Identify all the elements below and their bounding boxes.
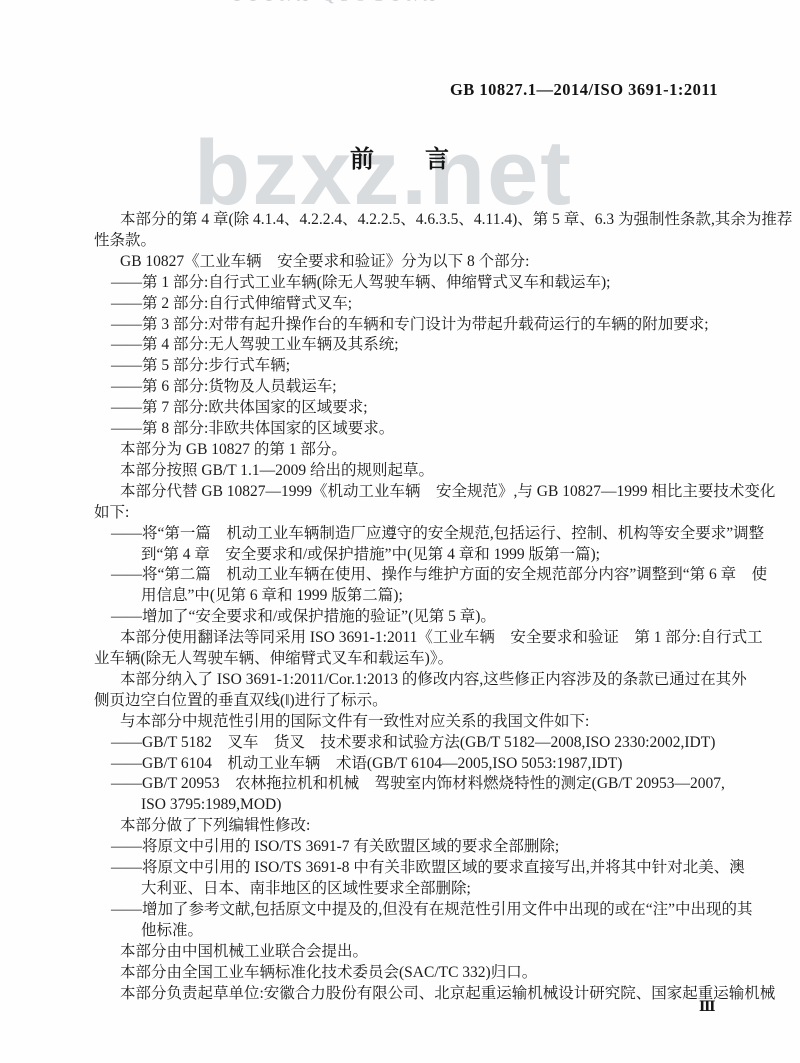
text-line: ——第 1 部分:自行式工业车辆(除无人驾驶车辆、伸缩臂式叉车和载运车); [94, 273, 730, 294]
text-line: 本部分代替 GB 10827—1999《机动工业车辆 安全规范》,与 GB 10… [94, 482, 730, 503]
text-line: ——第 5 部分:步行式车辆; [94, 356, 730, 377]
text-line: 如下: [94, 503, 730, 524]
page-title: 前 言 [0, 139, 800, 174]
text-line: ——将原文中引用的 ISO/TS 3691-7 有关欧盟区域的要求全部删除; [94, 837, 730, 858]
text-line: ——将“第一篇 机动工业车辆制造厂应遵守的安全规范,包括运行、控制、机构等安全要… [94, 524, 730, 545]
text-line: 侧页边空白位置的垂直双线(‖)进行了标示。 [94, 691, 730, 712]
text-line: 本部分的第 4 章(除 4.1.4、4.2.2.4、4.2.2.5、4.6.3.… [94, 210, 730, 231]
document-page: TTTNA QSOGUNA GB 10827.1—2014/ISO 3691-1… [0, 0, 800, 1063]
text-line: ISO 3795:1989,MOD) [94, 795, 730, 816]
text-line: ——第 7 部分:欧共体国家的区域要求; [94, 398, 730, 419]
text-line: ——第 2 部分:自行式伸缩臂式叉车; [94, 294, 730, 315]
text-line: ——第 3 部分:对带有起升操作台的车辆和专门设计为带起升载荷运行的车辆的附加要… [94, 315, 730, 336]
text-line: 本部分做了下列编辑性修改: [94, 816, 730, 837]
text-line: 本部分纳入了 ISO 3691-1:2011/Cor.1:2013 的修改内容,… [94, 670, 730, 691]
text-line: 用信息”中(见第 6 章和 1999 版第二篇); [94, 586, 730, 607]
scan-artifact: TTTNA QSOGUNA [232, 0, 532, 9]
text-line: ——第 6 部分:货物及人员载运车; [94, 377, 730, 398]
text-line: ——GB/T 20953 农林拖拉机和机械 驾驶室内饰材料燃烧特性的测定(GB/… [94, 774, 730, 795]
scan-artifact-text: TTTNA QSOGUNA [232, 0, 440, 6]
text-line: 到“第 4 章 安全要求和/或保护措施”中(见第 4 章和 1999 版第一篇)… [94, 545, 730, 566]
page-number: Ⅲ [699, 999, 715, 1015]
text-line: ——第 8 部分:非欧共体国家的区域要求。 [94, 419, 730, 440]
text-line: GB 10827《工业车辆 安全要求和验证》分为以下 8 个部分: [94, 252, 730, 273]
foreword-body: 本部分的第 4 章(除 4.1.4、4.2.2.4、4.2.2.5、4.6.3.… [94, 210, 730, 1004]
text-line: 本部分使用翻译法等同采用 ISO 3691-1:2011《工业车辆 安全要求和验… [94, 628, 730, 649]
text-line: 业车辆(除无人驾驶车辆、伸缩臂式叉车和载运车)》。 [94, 649, 730, 670]
text-line: 本部分按照 GB/T 1.1—2009 给出的规则起草。 [94, 461, 730, 482]
standard-code: GB 10827.1—2014/ISO 3691-1:2011 [450, 80, 718, 100]
text-line: 大利亚、日本、南非地区的区域性要求全部删除; [94, 879, 730, 900]
text-line: 与本部分中规范性引用的国际文件有一致性对应关系的我国文件如下: [94, 712, 730, 733]
text-line: ——将“第二篇 机动工业车辆在使用、操作与维护方面的安全规范部分内容”调整到“第… [94, 565, 730, 586]
text-line: ——GB/T 5182 叉车 货叉 技术要求和试验方法(GB/T 5182—20… [94, 733, 730, 754]
text-line: 本部分负责起草单位:安徽合力股份有限公司、北京起重运输机械设计研究院、国家起重运… [94, 984, 730, 1005]
text-line: 性条款。 [94, 231, 730, 252]
text-line: 他标准。 [94, 921, 730, 942]
text-line: ——增加了“安全要求和/或保护措施的验证”(见第 5 章)。 [94, 607, 730, 628]
text-line: ——第 4 部分:无人驾驶工业车辆及其系统; [94, 335, 730, 356]
text-line: ——GB/T 6104 机动工业车辆 术语(GB/T 6104—2005,ISO… [94, 754, 730, 775]
text-line: 本部分为 GB 10827 的第 1 部分。 [94, 440, 730, 461]
text-line: ——将原文中引用的 ISO/TS 3691-8 中有关非欧盟区域的要求直接写出,… [94, 858, 730, 879]
text-line: 本部分由中国机械工业联合会提出。 [94, 942, 730, 963]
text-line: 本部分由全国工业车辆标准化技术委员会(SAC/TC 332)归口。 [94, 963, 730, 984]
text-line: ——增加了参考文献,包括原文中提及的,但没有在规范性引用文件中出现的或在“注”中… [94, 900, 730, 921]
